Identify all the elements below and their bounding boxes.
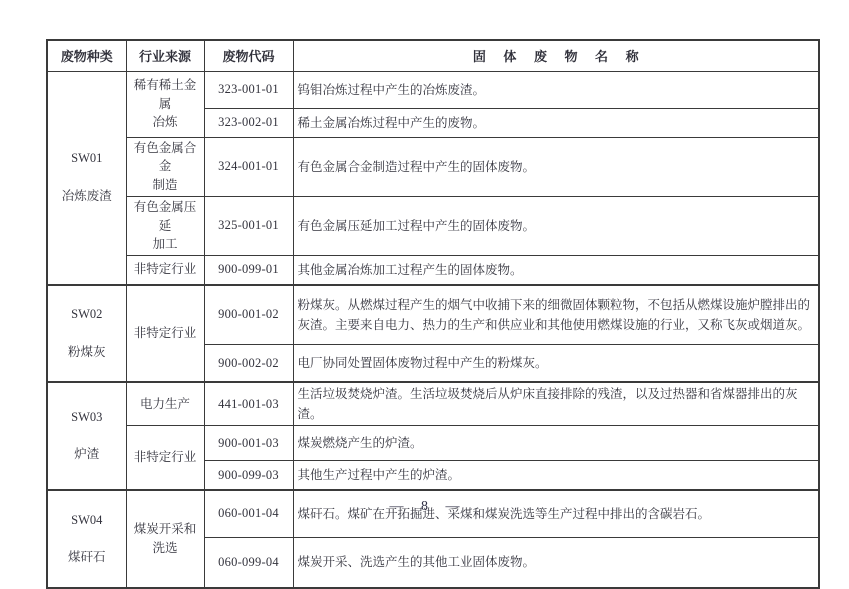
table-row: SW02 粉煤灰 非特定行业 900-001-02 粉煤灰。从燃煤过程产生的烟气… <box>47 285 819 345</box>
industry-cell: 非特定行业 <box>126 285 204 383</box>
table-row: SW01 冶炼废渣 稀有稀土金属 冶炼 323-001-01 钨钼冶炼过程中产生… <box>47 71 819 108</box>
industry-cell: 非特定行业 <box>126 426 204 490</box>
waste-name-cell: 煤炭开采、洗选产生的其他工业固体废物。 <box>293 537 819 587</box>
col-header-waste-category: 废物种类 <box>47 40 126 71</box>
waste-name-cell: 粉煤灰。从燃煤过程产生的烟气中收捕下来的细微固体颗粒物，不包括从燃煤设施炉膛排出… <box>293 285 819 345</box>
waste-code-cell: 900-099-03 <box>204 461 293 490</box>
waste-code-cell: 324-001-01 <box>204 137 293 196</box>
waste-code-cell: 323-001-01 <box>204 71 293 108</box>
industry-cell: 稀有稀土金属 冶炼 <box>126 71 204 137</box>
table-row: 非特定行业 900-099-01 其他金属冶炼加工过程产生的固体废物。 <box>47 256 819 285</box>
waste-code-cell: 900-001-03 <box>204 426 293 461</box>
waste-name-cell: 钨钼冶炼过程中产生的冶炼废渣。 <box>293 71 819 108</box>
waste-code-cell: 900-002-02 <box>204 345 293 383</box>
waste-code-cell: 060-099-04 <box>204 537 293 587</box>
category-name: 炉渣 <box>52 445 122 464</box>
category-name: 粉煤灰 <box>52 343 122 362</box>
industry-cell: 非特定行业 <box>126 256 204 285</box>
category-code: SW03 <box>52 408 122 427</box>
industry-cell: 有色金属压延 加工 <box>126 196 204 255</box>
col-header-industry-source: 行业来源 <box>126 40 204 71</box>
waste-name-cell: 有色金属压延加工过程中产生的固体废物。 <box>293 196 819 255</box>
col-header-waste-code: 废物代码 <box>204 40 293 71</box>
table-row: 非特定行业 900-001-03 煤炭燃烧产生的炉渣。 <box>47 426 819 461</box>
table-header-row: 废物种类 行业来源 废物代码 固 体 废 物 名 称 <box>47 40 819 71</box>
category-cell-sw03: SW03 炉渣 <box>47 382 126 490</box>
waste-code-cell: 325-001-01 <box>204 196 293 255</box>
category-cell-sw01: SW01 冶炼废渣 <box>47 71 126 285</box>
waste-code-cell: 323-002-01 <box>204 108 293 137</box>
category-code: SW01 <box>52 149 122 168</box>
industry-cell: 有色金属合金 制造 <box>126 137 204 196</box>
waste-code-cell: 900-099-01 <box>204 256 293 285</box>
industry-cell: 电力生产 <box>126 382 204 426</box>
category-cell-sw02: SW02 粉煤灰 <box>47 285 126 383</box>
waste-name-cell: 稀土金属冶炼过程中产生的废物。 <box>293 108 819 137</box>
table-row: SW03 炉渣 电力生产 441-001-03 生活垃圾焚烧炉渣。生活垃圾焚烧后… <box>47 382 819 426</box>
category-name: 煤矸石 <box>52 548 122 567</box>
page-number: — 8 — <box>0 499 849 515</box>
waste-name-cell: 有色金属合金制造过程中产生的固体废物。 <box>293 137 819 196</box>
table-row: 有色金属压延 加工 325-001-01 有色金属压延加工过程中产生的固体废物。 <box>47 196 819 255</box>
waste-name-cell: 其他生产过程中产生的炉渣。 <box>293 461 819 490</box>
category-name: 冶炼废渣 <box>52 187 122 206</box>
waste-name-cell: 电厂协同处置固体废物过程中产生的粉煤灰。 <box>293 345 819 383</box>
waste-code-cell: 441-001-03 <box>204 382 293 426</box>
waste-code-cell: 900-001-02 <box>204 285 293 345</box>
waste-name-cell: 生活垃圾焚烧炉渣。生活垃圾焚烧后从炉床直接排除的残渣，以及过热器和省煤器排出的灰… <box>293 382 819 426</box>
table-row: 有色金属合金 制造 324-001-01 有色金属合金制造过程中产生的固体废物。 <box>47 137 819 196</box>
waste-name-cell: 煤炭燃烧产生的炉渣。 <box>293 426 819 461</box>
col-header-waste-name: 固 体 废 物 名 称 <box>293 40 819 71</box>
category-code: SW02 <box>52 305 122 324</box>
waste-name-cell: 其他金属冶炼加工过程产生的固体废物。 <box>293 256 819 285</box>
